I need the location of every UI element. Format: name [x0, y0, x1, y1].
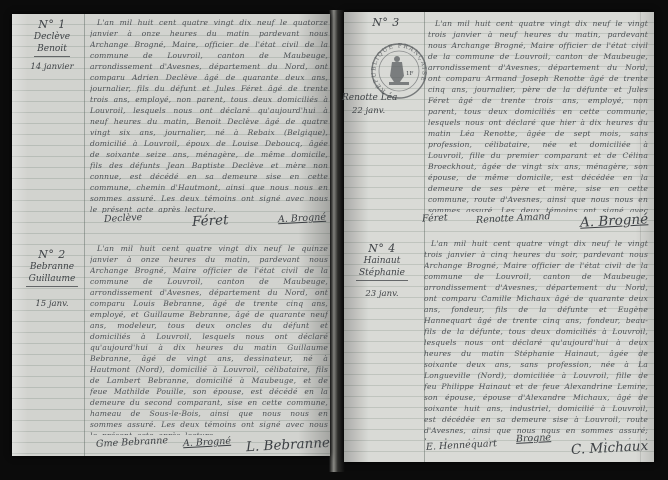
signature: Gme Bebranne: [96, 435, 168, 450]
entry-3-margin-name: Renotte Léa 22 janv.: [340, 92, 424, 116]
seal-denomination: 1F: [406, 71, 413, 77]
entry-3-signatures: Féret Renotte Amand A. Brogné: [422, 213, 648, 229]
entry-3-number: N° 3: [356, 16, 416, 29]
entry-2-signatures: Gme Bebranne A. Brogné L. Bebranne: [96, 437, 330, 453]
entry-2-margin-date: 15 janv.: [20, 299, 84, 309]
entry-1-number: N° 1: [22, 18, 82, 31]
signature: A. Brogné: [183, 436, 231, 449]
entry-1-margin-note: N° 1 Declève Benoit 14 janvier: [22, 18, 82, 72]
entry-2-body-text: L'an mil huit cent quatre vingt dix neuf…: [90, 243, 328, 435]
entry-3-margin-surname: Renotte Léa: [342, 92, 424, 104]
margin-rule: [84, 14, 85, 456]
signature: Renotte Amand: [476, 211, 551, 226]
book-gutter: [329, 10, 345, 472]
signature: Brogné: [516, 432, 552, 445]
entry-2-margin-note: N° 2 Bebranne Guillaume 15 janv.: [20, 248, 84, 309]
entry-1-margin-firstname: Benoit: [34, 43, 70, 57]
register-page-right: N° 3 RÉPUBLIQUE FRANÇAISE 1F Renotte Léa…: [344, 12, 654, 462]
entry-1-signatures: Declève Féret A. Brogné: [104, 213, 326, 229]
signature: C. Michaux: [570, 438, 648, 458]
signature: L. Bebranne: [246, 435, 331, 455]
entry-1-margin-surname: Declève: [22, 31, 82, 43]
entry-2-number: N° 2: [20, 248, 84, 261]
signature: Féret: [422, 212, 448, 224]
entry-2-margin-surname: Bebranne: [20, 261, 84, 273]
entry-4-margin-firstname: Stéphanie: [356, 267, 408, 281]
signature: Féret: [191, 212, 228, 230]
entry-4-number: N° 4: [346, 242, 418, 255]
entry-3-margin-date: 22 janv.: [342, 106, 424, 116]
entry-1-margin-date: 14 janvier: [22, 62, 82, 72]
signature: Declève: [104, 212, 143, 225]
entry-4-margin-surname: Hainaut: [346, 255, 418, 267]
signature: A. Brogné: [278, 212, 326, 225]
entry-2-margin-firstname: Guillaume: [26, 273, 79, 287]
signature: E. Hennequart: [426, 438, 497, 453]
register-scan: N° 1 Declève Benoit 14 janvier L'an mil …: [0, 0, 668, 480]
register-page-left: N° 1 Declève Benoit 14 janvier L'an mil …: [12, 14, 330, 456]
entry-4-margin-note: N° 4 Hainaut Stéphanie 23 janv.: [346, 242, 418, 299]
entry-3-margin-note: N° 3: [356, 16, 416, 29]
entry-4-margin-date: 23 janv.: [346, 289, 418, 299]
entry-3-body-text: L'an mil huit cent quatre vingt dix neuf…: [428, 18, 648, 212]
entry-4-body-text: L'an mil huit cent quatre vingt dix neuf…: [424, 238, 648, 440]
entry-4-signatures: E. Hennequart Brogné C. Michaux: [426, 440, 648, 456]
entry-1-body-text: L'an mil huit cent quatre vingt dix neuf…: [90, 17, 328, 213]
signature: A. Brogné: [579, 211, 648, 231]
